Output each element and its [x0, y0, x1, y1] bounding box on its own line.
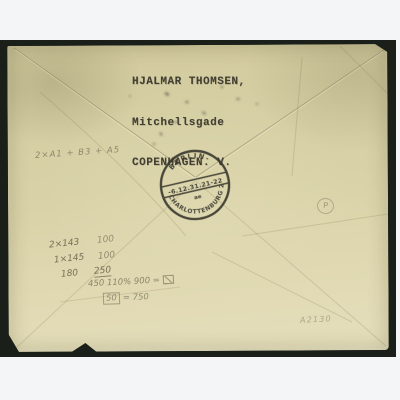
price-row-label: 180: [61, 268, 79, 280]
sender-name: HJALMAR THOMSEN,: [132, 76, 246, 90]
pencil-calc-suffix: = 750: [123, 292, 149, 303]
price-row-value: 100: [98, 250, 116, 262]
sender-city: COPENHAGEN. V.: [132, 157, 246, 171]
sender-street: Mitchellsgade: [132, 117, 246, 131]
pencil-boxed-value: 50: [103, 292, 120, 305]
price-row-value: 250: [94, 265, 112, 277]
auction-photo: BERLIN- CHARLOTTENBURG 2 -6.12.31.21-22 …: [0, 0, 400, 400]
sender-address: HJALMAR THOMSEN, Mitchellsgade COPENHAGE…: [132, 49, 246, 198]
pencil-boxed-calc: 50= 750: [103, 291, 149, 305]
price-row-value: 100: [97, 234, 115, 246]
pencil-end-box-mark: [163, 275, 174, 285]
pencil-corner-ref: A2130: [300, 314, 332, 325]
